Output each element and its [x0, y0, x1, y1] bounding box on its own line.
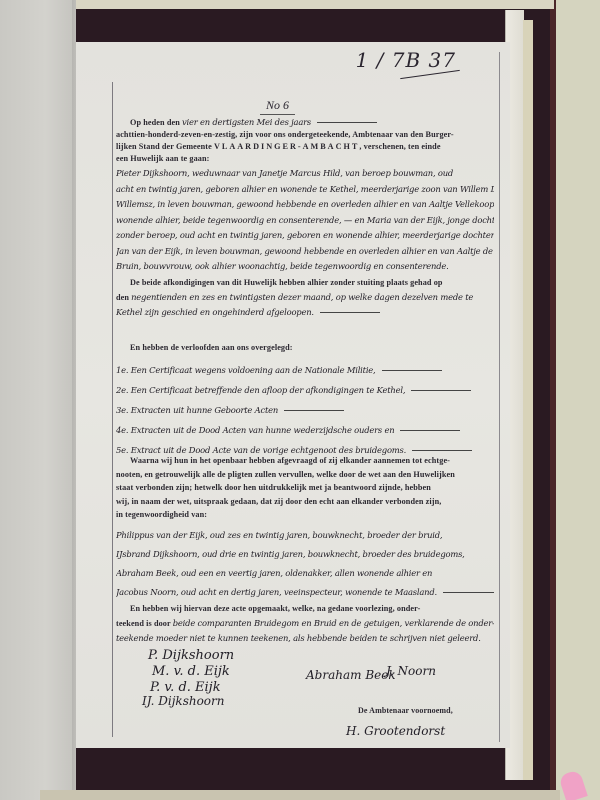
table-surface [40, 790, 560, 800]
opening-printed-1: Op heden den [130, 118, 180, 127]
opening-printed-3b: , verschenen, ten einde [359, 142, 440, 151]
document-item: 2e. Een Certificaat betreffende den aflo… [116, 380, 494, 400]
parties-line: zonder beroep, oud acht en twintig jaren… [116, 228, 494, 244]
signature-bride: M. v. d. Eijk [152, 664, 230, 679]
marriage-record-page: 1 / 7B 37 No 6 Op heden den vier en dert… [76, 42, 510, 748]
margin-rule-left [112, 82, 113, 737]
closing-printed-1: En hebben wij hiervan deze acte opgemaak… [116, 602, 494, 616]
opening-printed-4: een Huwelijk aan te gaan: [116, 153, 494, 165]
closing-handwritten-3: teekende moeder niet te kunnen teekenen,… [116, 631, 494, 645]
proclamations-place-handwritten: Kethel zijn geschied en ongehinderd afge… [116, 305, 494, 319]
adjacent-left-page [0, 0, 76, 800]
parties-section: Pieter Dijkshoorn, weduwnaar van Janetje… [116, 166, 494, 275]
witness-line: Jacobus Noorn, oud acht en dertig jaren,… [116, 583, 494, 602]
documents-list: 1e. Een Certificaat wegens voldoening aa… [116, 360, 494, 460]
parties-line: acht en twintig jaren, geboren alhier en… [116, 182, 494, 198]
opening-section: Op heden den vier en dertigsten Mei des … [116, 116, 494, 165]
background-wall [556, 0, 600, 800]
signature-official: H. Grootendorst [346, 724, 445, 738]
binder-top-edge [76, 0, 554, 9]
closing-handwritten-2: beide comparanten Bruidegom en Bruid en … [173, 618, 494, 628]
documents-intro: En hebben de verloofden aan ons overgele… [116, 342, 494, 354]
signature-witness-2: IJ. Dijkshoorn [142, 694, 225, 708]
proclamations-section: De beide afkondigingen van dit Huwelijk … [116, 276, 494, 319]
ceremony-line: nooten, en getrouwelijk alle de pligten … [116, 468, 494, 482]
witness-line: Philippus van der Eijk, oud zes en twint… [116, 526, 494, 545]
parties-line: Bruin, bouwvrouw, ook alhier woonachtig,… [116, 259, 494, 275]
ceremony-line: wij, in naam der wet, uitspraak gedaan, … [116, 495, 494, 509]
document-item: 3e. Extracten uit hunne Geboorte Acten [116, 400, 494, 420]
parties-line: Pieter Dijkshoorn, weduwnaar van Janetje… [116, 166, 494, 182]
document-item: 4e. Extracten uit de Dood Acten van hunn… [116, 420, 494, 440]
parties-line: Willemsz, in leven bouwman, gewoond hebb… [116, 197, 494, 213]
official-label: De Ambtenaar voornoemd, [358, 706, 453, 715]
parties-line: wonende alhier, beide tegenwoordig en co… [116, 213, 494, 229]
ceremony-line: staat verbonden zijn; hetwelk door hen u… [116, 481, 494, 495]
opening-date-handwritten: vier en dertigsten Mei des jaars [182, 117, 377, 127]
witness-line: Abraham Beek, oud een en veertig jaren, … [116, 564, 494, 583]
ceremony-line: in tegenwoordigheid van: [116, 508, 494, 522]
municipality-name: VLAARDINGER-AMBACHT [214, 142, 359, 151]
document-item: 1e. Een Certificaat wegens voldoening aa… [116, 360, 494, 380]
signature-witness-3: Abraham Beek [306, 668, 396, 682]
page-stack-edge-inner [523, 20, 533, 780]
signature-witness-4: J. Noorn [386, 664, 436, 678]
opening-printed-2: achttien-honderd-zeven-en-zestig, zijn v… [116, 129, 494, 141]
closing-printed-2: teekend is door [116, 619, 171, 628]
proclamations-dates-handwritten: negentienden en zes en twintigsten dezer… [131, 292, 473, 302]
proclamations-printed-1: De beide afkondigingen van dit Huwelijk … [116, 276, 494, 290]
closing-section: En hebben wij hiervan deze acte opgemaak… [116, 602, 494, 645]
proclamations-printed-2: den [116, 293, 129, 302]
signature-groom: P. Dijkshoorn [148, 648, 234, 663]
margin-rule-right [499, 52, 500, 742]
ceremony-line: Waarna wij hun in het openbaar hebben af… [116, 454, 494, 468]
documents-section: En hebben de verloofden aan ons overgele… [116, 342, 494, 354]
act-number: No 6 [266, 98, 289, 113]
witnesses-section: Philippus van der Eijk, oud zes en twint… [116, 526, 494, 602]
reference-number: 1 / 7B 37 [356, 48, 456, 72]
witness-line: IJsbrand Dijkshoorn, oud drie en twintig… [116, 545, 494, 564]
ceremony-section: Waarna wij hun in het openbaar hebben af… [116, 454, 494, 522]
opening-printed-3: lijken Stand der Gemeente [116, 142, 212, 151]
parties-line: Jan van der Eijk, in leven bouwman, gewo… [116, 244, 494, 260]
signature-witness-1: P. v. d. Eijk [150, 680, 221, 695]
